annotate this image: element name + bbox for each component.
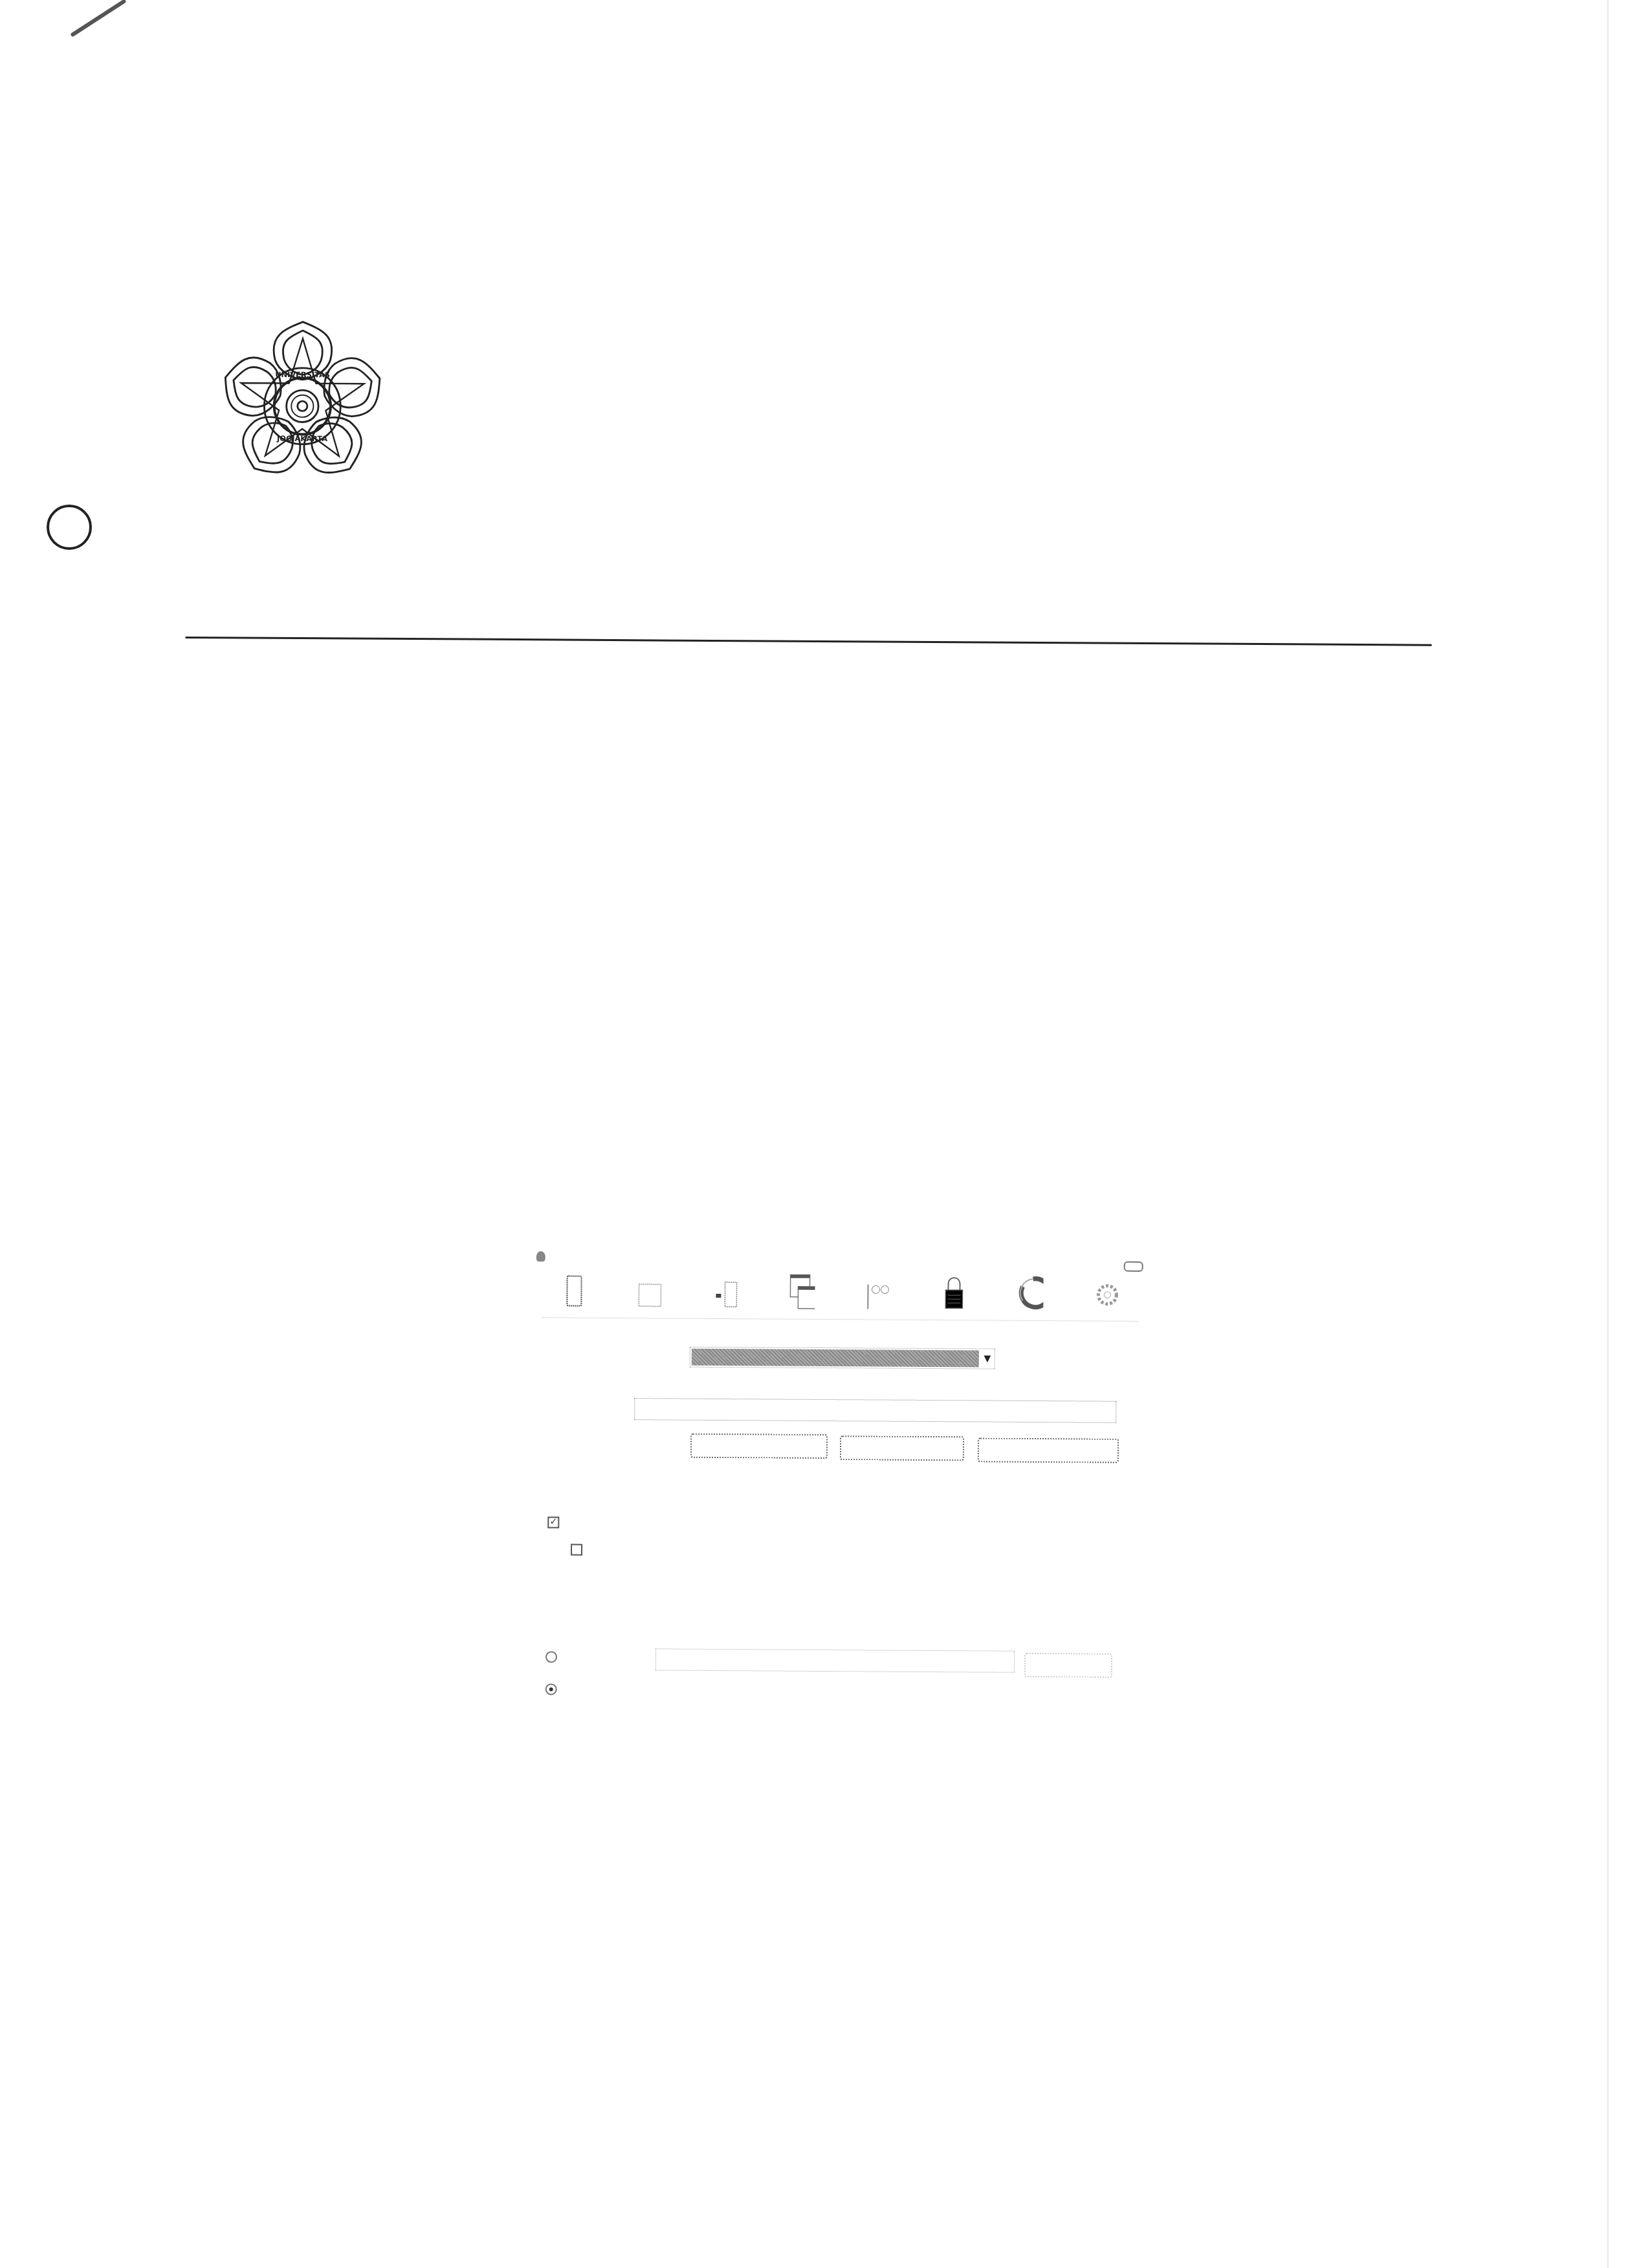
tab-privacy[interactable] (846, 1275, 910, 1314)
meta-row-date (432, 348, 614, 349)
tab-security[interactable] (922, 1276, 985, 1315)
checkbox-checked-icon: ✓ (547, 1516, 559, 1528)
sync-icon (1017, 1276, 1043, 1311)
question-text (291, 1065, 1405, 1073)
svg-text:JOGJAKARTA: JOGJAKARTA (276, 434, 327, 443)
tab-content[interactable] (694, 1274, 758, 1314)
question-2 (241, 964, 1405, 971)
checkbox-unchecked-icon (571, 1544, 582, 1556)
startup-select[interactable]: ▼ (690, 1347, 995, 1369)
ugm-seal-icon: UNIVERSITAS JOGJAKARTA (210, 305, 395, 501)
privacy-mask-icon (865, 1275, 891, 1310)
general-switch-icon (561, 1274, 587, 1309)
home-page-input[interactable] (634, 1398, 1116, 1423)
tab-advanced[interactable] (1074, 1276, 1138, 1316)
gear-icon (1093, 1277, 1119, 1312)
radio-selected-icon (545, 1683, 557, 1695)
save-path-field[interactable] (655, 1648, 1015, 1672)
applications-icon (789, 1275, 815, 1310)
meta-row-course (432, 348, 614, 349)
tab-sync[interactable] (998, 1276, 1062, 1316)
exam-title (432, 316, 614, 348)
tab-applications[interactable] (771, 1274, 834, 1314)
browse-button[interactable] (1024, 1653, 1112, 1678)
save-files-to-radio[interactable] (545, 1651, 565, 1663)
svg-text:UNIVERSITAS: UNIVERSITAS (275, 370, 330, 380)
exam-meta (432, 348, 614, 349)
tab-general[interactable] (542, 1273, 606, 1313)
meta-row-lecturer (432, 348, 614, 349)
show-downloads-window-checkbox[interactable]: ✓ (547, 1516, 566, 1528)
restore-to-default-button[interactable] (978, 1437, 1119, 1463)
question-text (291, 965, 1237, 970)
exam-header (432, 316, 614, 349)
close-when-finished-checkbox[interactable] (571, 1544, 589, 1556)
header-divider (186, 637, 1432, 646)
use-current-pages-button[interactable] (690, 1434, 828, 1459)
firefox-options-dialog: ▼ ✓ (525, 1250, 1150, 1823)
content-icon (713, 1274, 739, 1309)
tab-tabs[interactable] (619, 1274, 682, 1313)
chevron-down-icon: ▼ (980, 1353, 995, 1364)
close-icon[interactable] (1124, 1261, 1143, 1272)
tabs-icon (637, 1274, 663, 1309)
always-ask-radio[interactable] (545, 1683, 565, 1695)
padlock-icon (941, 1276, 967, 1311)
question-1 (241, 806, 1406, 813)
meta-row-program (432, 348, 614, 349)
meta-row-nature (432, 348, 614, 349)
options-tabs (542, 1273, 1138, 1322)
meta-row-duration (432, 348, 614, 349)
radio-unselected-icon (545, 1651, 557, 1663)
firefox-icon (536, 1251, 545, 1261)
dialog-title (529, 1250, 1150, 1254)
question-3 (240, 1065, 1405, 1072)
exam-sheet: UNIVERSITAS JOGJAKARTA (0, 0, 1650, 2268)
question-text (292, 807, 1406, 814)
use-bookmark-button[interactable] (840, 1435, 964, 1461)
